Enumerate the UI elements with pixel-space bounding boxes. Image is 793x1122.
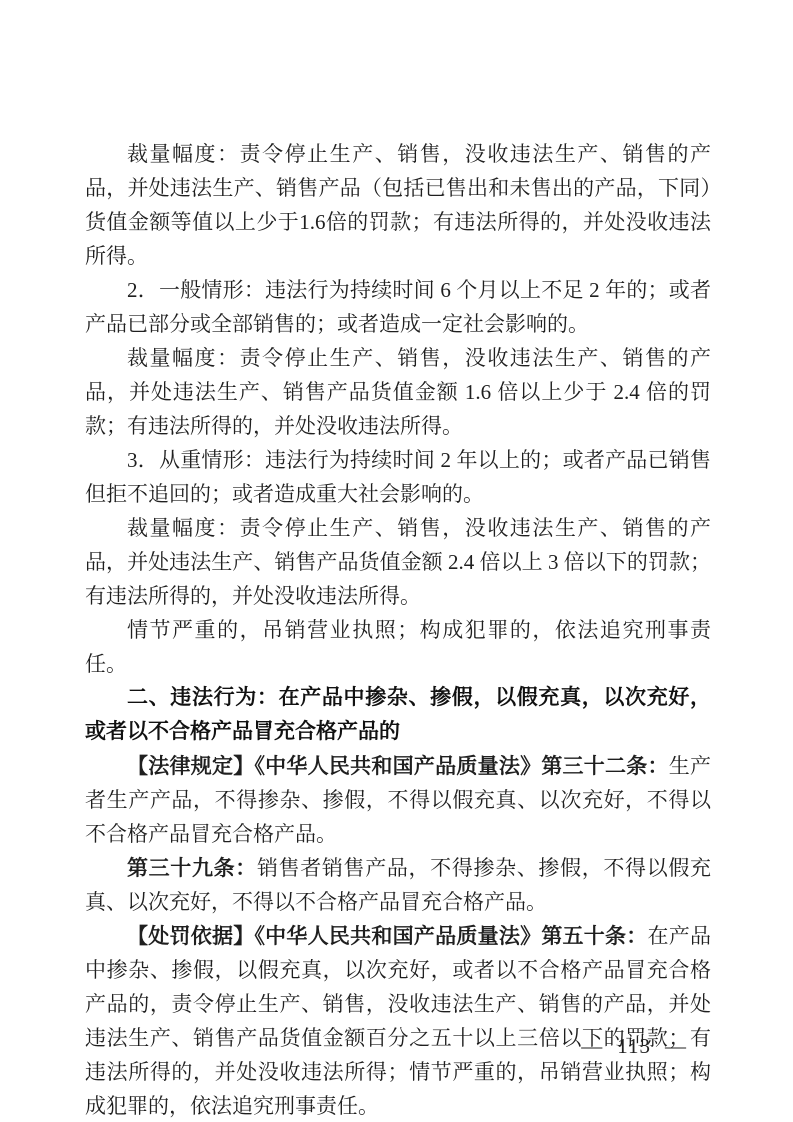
article-39-label: 第三十九条： <box>127 856 257 880</box>
document-page: 裁量幅度：责令停止生产、销售，没收违法生产、销售的产品，并处违法生产、销售产品（… <box>0 0 793 1122</box>
penalty-basis-label: 【处罚依据】《中华人民共和国产品质量法》第五十条： <box>127 924 648 948</box>
paragraph-article-39: 第三十九条：销售者销售产品，不得掺杂、掺假，不得以假充真、以次充好，不得以不合格… <box>85 851 711 919</box>
page-number: 113 <box>617 1032 651 1060</box>
paragraph-penalty-basis: 【处罚依据】《中华人民共和国产品质量法》第五十条：在产品中掺杂、掺假，以假充真，… <box>85 919 711 1122</box>
paragraph-discretion-range-2: 裁量幅度：责令停止生产、销售，没收违法生产、销售的产品，并处违法生产、销售产品货… <box>85 341 711 443</box>
legal-provision-label: 【法律规定】《中华人民共和国产品质量法》第三十二条： <box>127 754 669 778</box>
paragraph-discretion-range-3: 裁量幅度：责令停止生产、销售，没收违法生产、销售的产品，并处违法生产、销售产品货… <box>85 511 711 613</box>
paragraph-discretion-range-1: 裁量幅度：责令停止生产、销售，没收违法生产、销售的产品，并处违法生产、销售产品（… <box>85 137 711 273</box>
paragraph-legal-provision: 【法律规定】《中华人民共和国产品质量法》第三十二条：生产者生产产品，不得掺杂、掺… <box>85 749 711 851</box>
section-heading-violation-2: 二、违法行为：在产品中掺杂、掺假，以假充真，以次充好，或者以不合格产品冒充合格产… <box>85 681 711 749</box>
penalty-basis-text: 在产品中掺杂、掺假，以假充真，以次充好，或者以不合格产品冒充合格产品的，责令停止… <box>85 924 711 1118</box>
footer-right-dash: — <box>665 1032 687 1060</box>
paragraph-general-circumstance: 2．一般情形：违法行为持续时间 6 个月以上不足 2 年的；或者产品已部分或全部… <box>85 273 711 341</box>
page-footer: —113— <box>581 1032 687 1060</box>
footer-left-dash: — <box>581 1032 603 1060</box>
document-body: 裁量幅度：责令停止生产、销售，没收违法生产、销售的产品，并处违法生产、销售产品（… <box>85 137 711 1122</box>
paragraph-aggravated-circumstance: 3．从重情形：违法行为持续时间 2 年以上的；或者产品已销售但拒不追回的；或者造… <box>85 443 711 511</box>
paragraph-serious-consequence: 情节严重的，吊销营业执照；构成犯罪的，依法追究刑事责任。 <box>85 613 711 681</box>
